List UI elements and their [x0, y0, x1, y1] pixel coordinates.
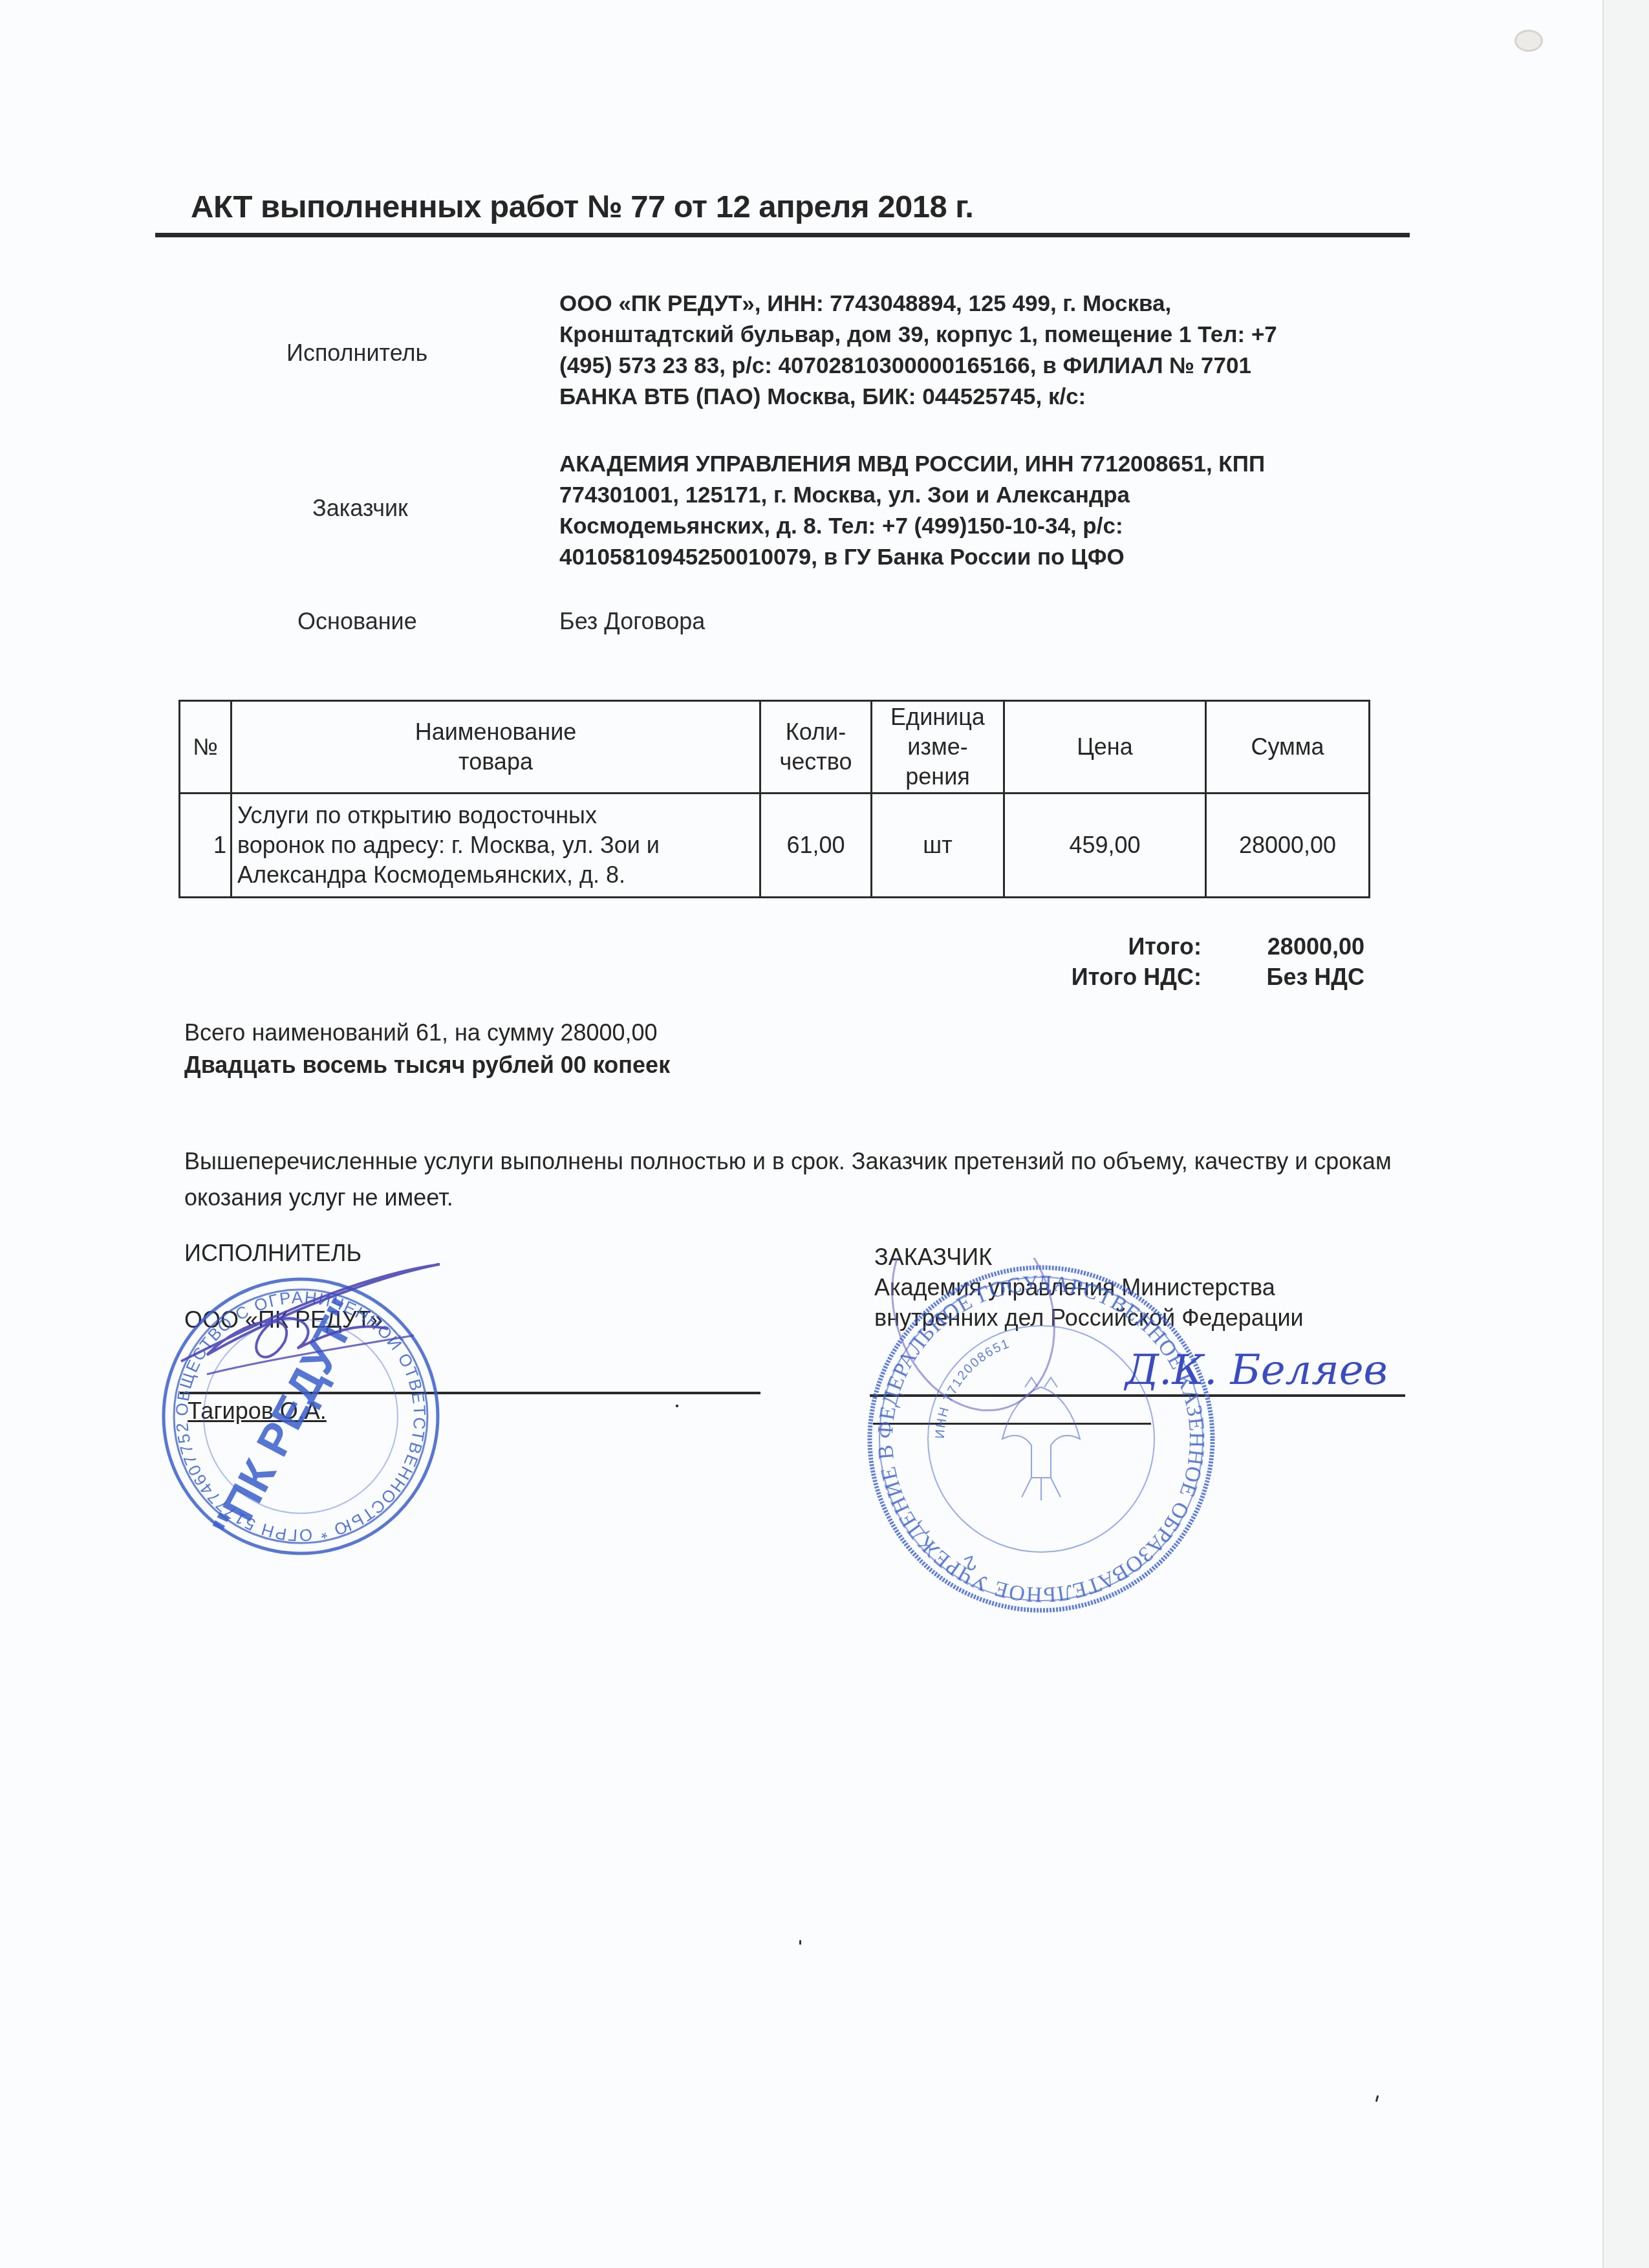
- customer-line: 40105810945250010079, в ГУ Банка России …: [559, 542, 1400, 573]
- description-line: Александра Космодемьянских, д. 8.: [237, 860, 755, 890]
- scan-page-edge: [1602, 0, 1649, 2268]
- col-header-qty-line: чество: [765, 747, 867, 777]
- scan-speck: [799, 1940, 801, 1945]
- cell-description: Услуги по открытию водосточных воронок п…: [232, 794, 760, 898]
- col-header-qty: Коли- чество: [760, 701, 872, 794]
- col-header-unit-line: изме-: [876, 732, 999, 762]
- executor-sig-org: ООО «ПК РЕДУТ»: [184, 1304, 383, 1335]
- vat-value: Без НДС: [1267, 962, 1364, 992]
- col-header-sum: Сумма: [1206, 701, 1370, 794]
- col-header-unit-line: рения: [876, 762, 999, 792]
- description-line: Услуги по открытию водосточных: [237, 801, 755, 830]
- items-table: № Наименование товара Коли- чество Едини…: [178, 700, 1370, 898]
- total-label: Итого:: [1072, 931, 1202, 962]
- customer-sig-heading: ЗАКАЗЧИК: [874, 1242, 1304, 1272]
- customer-sig-org-line: внутренних дел Российской Федерации: [874, 1302, 1304, 1333]
- executor-signature-block: ИСПОЛНИТЕЛЬ ООО «ПК РЕДУТ»: [184, 1238, 383, 1335]
- description-line: воронок по адресу: г. Москва, ул. Зои и: [237, 830, 755, 860]
- executor-line: (495) 573 23 83, р/с: 407028103000001651…: [559, 351, 1400, 382]
- title-underline: [155, 233, 1410, 237]
- customer-signature-block: ЗАКАЗЧИК Академия управления Министерств…: [874, 1242, 1304, 1333]
- executor-sig-heading: ИСПОЛНИТЕЛЬ: [184, 1238, 383, 1268]
- customer-details: АКАДЕМИЯ УПРАВЛЕНИЯ МВД РОССИИ, ИНН 7712…: [559, 449, 1400, 573]
- executor-signer-name: Тагиров О.А.: [188, 1396, 327, 1426]
- col-header-qty-line: Коли-: [765, 717, 867, 747]
- cell-unit: шт: [872, 794, 1004, 898]
- svg-text:Д.К. Беляев: Д.К. Беляев: [1123, 1346, 1388, 1394]
- completion-statement: Вышеперечисленные услуги выполнены полно…: [184, 1143, 1400, 1216]
- customer-label: Заказчик: [312, 495, 408, 522]
- document-title: АКТ выполненных работ № 77 от 12 апреля …: [191, 189, 973, 225]
- col-header-price: Цена: [1004, 701, 1206, 794]
- table-row: 1 Услуги по открытию водосточных воронок…: [180, 794, 1370, 898]
- totals-labels: Итого: Итого НДС:: [1072, 931, 1202, 992]
- cell-sum: 28000,00: [1206, 794, 1370, 898]
- executor-details: ООО «ПК РЕДУТ», ИНН: 7743048894, 125 499…: [559, 288, 1400, 413]
- summary-count-line: Всего наименований 61, на сумму 28000,00: [184, 1017, 670, 1049]
- cell-price: 459,00: [1004, 794, 1206, 898]
- scan-speck: [1375, 2095, 1379, 2102]
- col-header-unit: Единица изме- рения: [872, 701, 1004, 794]
- cell-qty: 61,00: [760, 794, 872, 898]
- totals-values: 28000,00 Без НДС: [1267, 931, 1364, 992]
- customer-handwritten-signature-icon: Д.К. Беляев: [1119, 1335, 1410, 1400]
- executor-line: ООО «ПК РЕДУТ», ИНН: 7743048894, 125 499…: [559, 288, 1400, 319]
- customer-line: 774301001, 125171, г. Москва, ул. Зои и …: [559, 480, 1400, 511]
- col-header-unit-line: Единица: [876, 702, 999, 732]
- executor-line: Кронштадтский бульвар, дом 39, корпус 1,…: [559, 319, 1400, 351]
- basis-value: Без Договора: [559, 608, 705, 635]
- customer-signature-line-2: [873, 1423, 1151, 1425]
- customer-sig-org-line: Академия управления Министерства: [874, 1272, 1304, 1302]
- executor-line: БАНКА ВТБ (ПАО) Москва, БИК: 044525745, …: [559, 382, 1400, 413]
- col-header-num: №: [180, 701, 232, 794]
- summary: Всего наименований 61, на сумму 28000,00…: [184, 1017, 670, 1081]
- col-header-name-line: Наименование: [236, 717, 755, 747]
- col-header-name: Наименование товара: [232, 701, 760, 794]
- svg-text:2: 2: [962, 1551, 979, 1575]
- executor-label: Исполнитель: [286, 340, 427, 367]
- vat-label: Итого НДС:: [1072, 962, 1202, 992]
- customer-signature-line: [870, 1394, 1405, 1397]
- table-header-row: № Наименование товара Коли- чество Едини…: [180, 701, 1370, 794]
- summary-amount-words: Двадцать восемь тысяч рублей 00 копеек: [184, 1049, 670, 1081]
- scan-speck: [676, 1405, 678, 1407]
- col-header-name-line: товара: [236, 747, 755, 777]
- total-value: 28000,00: [1267, 931, 1364, 962]
- basis-label: Основание: [297, 608, 417, 635]
- paper-smudge: [1514, 30, 1543, 52]
- customer-line: Космодемьянских, д. 8. Тел: +7 (499)150-…: [559, 511, 1400, 542]
- executor-signature-line: [180, 1392, 760, 1394]
- cell-num: 1: [180, 794, 232, 898]
- customer-line: АКАДЕМИЯ УПРАВЛЕНИЯ МВД РОССИИ, ИНН 7712…: [559, 449, 1400, 480]
